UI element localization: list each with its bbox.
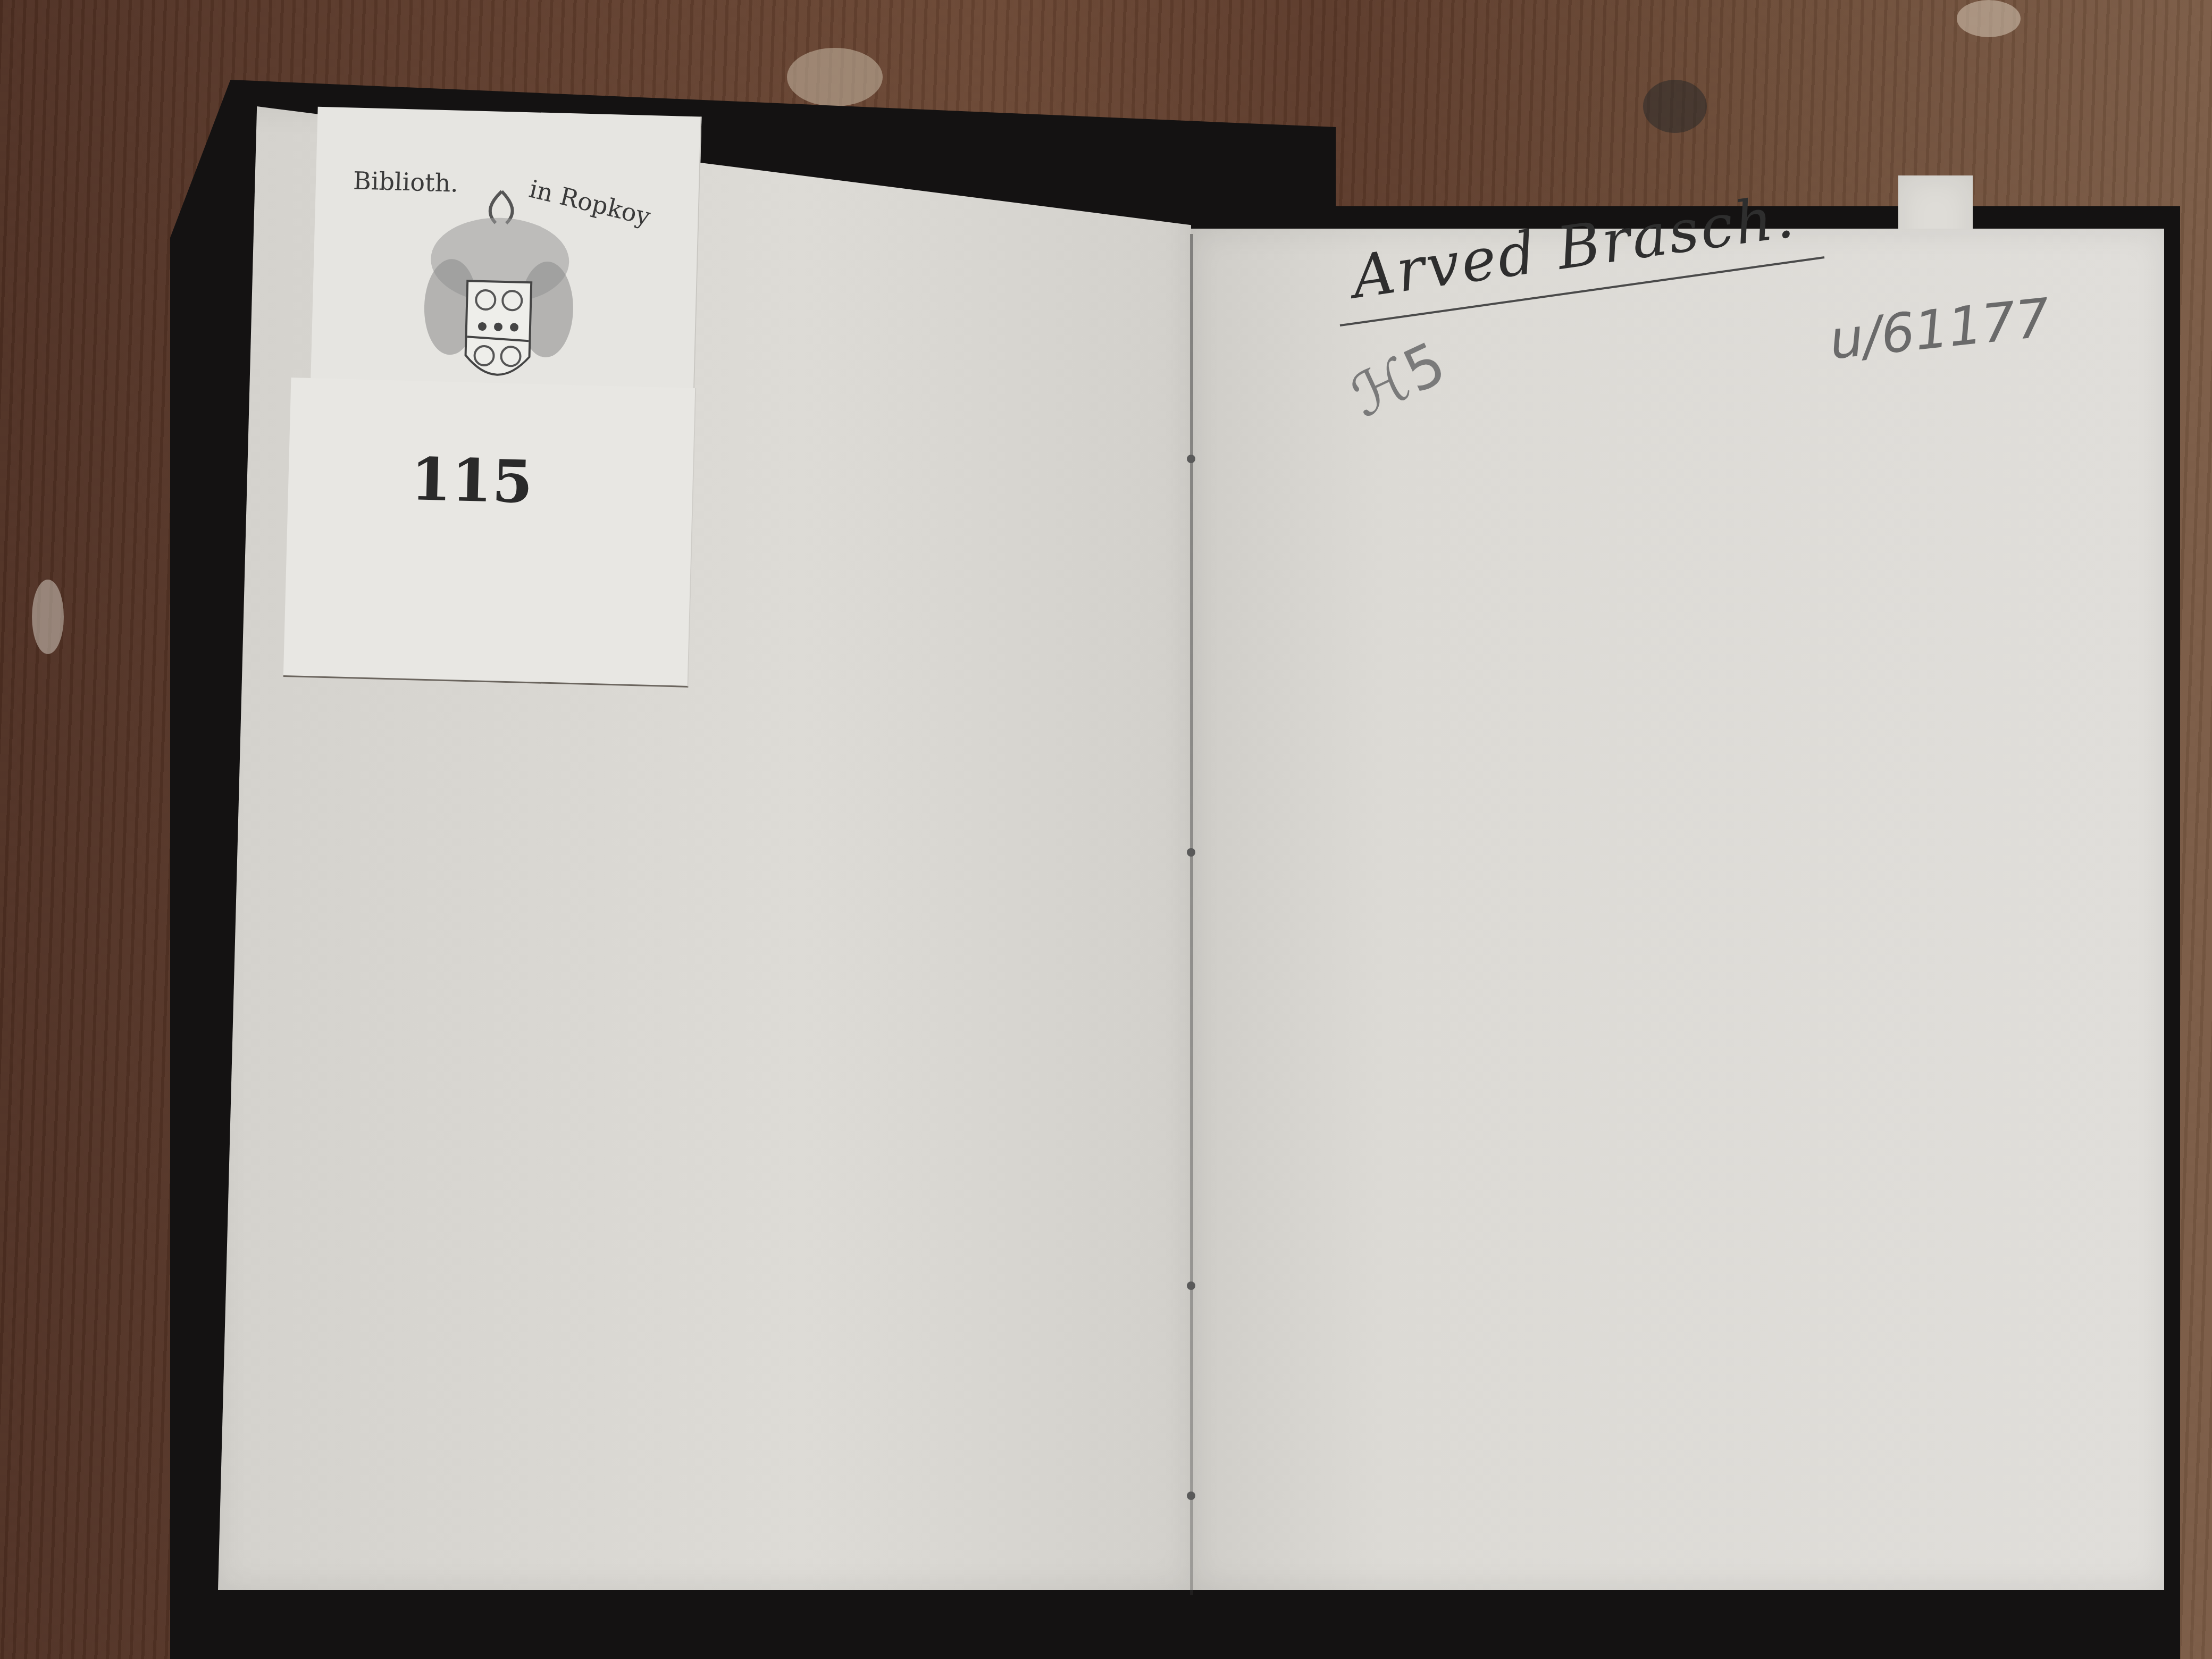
stitch-hole bbox=[1187, 1492, 1195, 1500]
wood-stain bbox=[32, 580, 64, 654]
bookplate: Biblioth. in Ropkoy bbox=[310, 107, 702, 425]
wood-stain bbox=[787, 48, 883, 106]
stitch-hole bbox=[1187, 848, 1195, 857]
coat-of-arms-icon bbox=[416, 179, 582, 406]
wood-stain bbox=[1957, 0, 2021, 37]
book-gutter bbox=[1190, 234, 1193, 1595]
stitch-hole bbox=[1187, 1281, 1195, 1290]
wood-stain bbox=[1643, 80, 1707, 133]
right-page-endpaper bbox=[1191, 229, 2164, 1590]
shelf-number-label: 115 bbox=[283, 378, 696, 688]
shelf-number: 115 bbox=[410, 445, 534, 516]
stitch-hole bbox=[1187, 455, 1195, 463]
